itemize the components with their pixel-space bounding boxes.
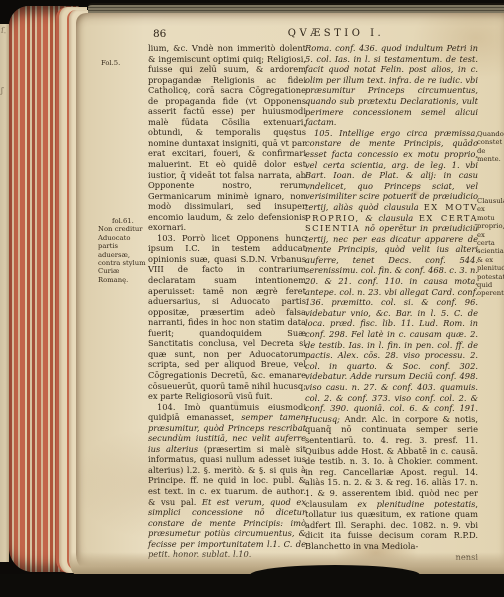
- paragraph-citation-continuation: Roma. conf. 436. quod indultum Petri in …: [305, 43, 478, 128]
- margin-note-fol5: Fol.5.: [101, 59, 120, 67]
- margin-note-folio: fol.61.: [98, 217, 151, 225]
- paragraph-105-italic: nō operētur in præiudiciū tertij, nec pe…: [305, 223, 478, 424]
- margin-note-right-2: Clausulæ ex motu proprio, ex certa scien…: [477, 197, 504, 298]
- paragraph-103: 103. Porrò licet Opponens hunc ipsum I.C…: [148, 233, 306, 402]
- margin-note-text: Non creditur Aduocato partis aduersæ, co…: [98, 225, 146, 283]
- paragraph-105-italic: & clausula: [360, 213, 419, 223]
- paragraph-105-italic: 105. Intellige ergo circa præmissa, cons…: [305, 128, 478, 212]
- edge-glyph: ʃ: [0, 86, 3, 95]
- margin-note-left: fol.61. Non creditur Aduocato partis adu…: [98, 217, 151, 284]
- facing-page-edge: ſ. ʃ: [0, 24, 9, 562]
- edge-glyph: ſ.: [0, 26, 7, 36]
- paragraph-105-roman: Andr. Alc. in corpore & notis, quanq̄ nō…: [305, 414, 478, 509]
- paragraph-104: 104. Imò quantumuis eiusmodi quidpiā ema…: [148, 402, 306, 560]
- book-page: 86 QVÆSTIO I. Fol.5. fol.61. Non creditu…: [76, 13, 504, 573]
- paragraph-105: 105. Intellige ergo circa præmissa, cons…: [305, 128, 478, 552]
- paragraph-continuation: lium, &c. Vndè non immeritò dolent & ing…: [148, 43, 306, 233]
- backdrop-bottom: [0, 574, 504, 597]
- clause-plenitudine: ex plenitudine potestatis: [357, 499, 475, 509]
- text-column-right: Roma. conf. 436. quod indultum Petri in …: [305, 43, 478, 562]
- running-header: QVÆSTIO I.: [226, 28, 446, 39]
- margin-note-right-1: Quando constet de mente.: [477, 130, 504, 164]
- text-column-left: lium, &c. Vndè non immeritò dolent & ing…: [148, 43, 306, 560]
- page-number: 86: [153, 28, 166, 40]
